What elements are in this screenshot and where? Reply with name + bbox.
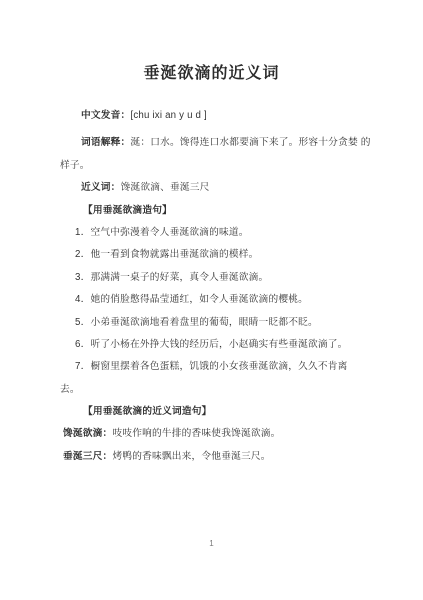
line-synonyms: 近义词：馋涎欲滴、垂涎三尺 [60, 177, 365, 199]
sentence-7-continuation: 去。 [60, 379, 365, 401]
line-pronunciation: 中文发音：[chu ixi an y u d ] [60, 105, 365, 127]
synonym-2-value: 烤鸭的香味飘出来，令他垂涎三尺。 [112, 451, 270, 462]
page-number: 1 [0, 539, 423, 548]
synonyms-label: 近义词： [81, 182, 121, 193]
sentence-3: 3．那满满一桌子的好菜，真令人垂涎欲滴。 [60, 267, 365, 289]
sentence-5: 5．小弟垂涎欲滴地看着盘里的葡萄，眼睛一眨都不眨。 [60, 312, 365, 334]
document-title: 垂涎欲滴的近义词 [0, 60, 423, 83]
section-header-sentences: 【用垂涎欲滴造句】 [60, 200, 365, 222]
sentence-7: 7．橱窗里摆着各色蛋糕，饥饿的小女孩垂涎欲滴，久久不肯离 [60, 356, 365, 378]
line-definition: 词语解释：涎：口水。馋得连口水都要滴下来了。形容十分贪婪 的 [60, 132, 365, 154]
synonym-sentence-1: 馋涎欲滴：吱吱作响的牛排的香味使我馋涎欲滴。 [60, 423, 365, 445]
synonym-1-value: 吱吱作响的牛排的香味使我馋涎欲滴。 [112, 428, 280, 439]
pronunciation-value: [chu ixi an y u d ] [130, 110, 207, 121]
definition-value: 涎：口水。馋得连口水都要滴下来了。形容十分贪婪 的 [130, 137, 370, 148]
synonym-2-label: 垂涎三尺： [63, 451, 112, 462]
line-definition-continuation: 样子。 [60, 155, 365, 177]
synonym-sentence-2: 垂涎三尺：烤鸭的香味飘出来，令他垂涎三尺。 [60, 446, 365, 468]
synonym-1-label: 馋涎欲滴： [63, 428, 112, 439]
synonyms-value: 馋涎欲滴、垂涎三尺 [121, 182, 210, 193]
document-body: 中文发音：[chu ixi an y u d ] 词语解释：涎：口水。馋得连口水… [60, 105, 365, 468]
document-page: 垂涎欲滴的近义词 中文发音：[chu ixi an y u d ] 词语解释：涎… [0, 0, 423, 600]
sentence-4: 4．她的俏脸憋得晶莹通红，如令人垂涎欲滴的樱桃。 [60, 289, 365, 311]
definition-label: 词语解释： [81, 137, 130, 148]
sentence-1: 1．空气中弥漫着令人垂涎欲滴的味道。 [60, 222, 365, 244]
sentence-2: 2．他一看到食物就露出垂涎欲滴的模样。 [60, 244, 365, 266]
section-header-synonym-sentences: 【用垂涎欲滴的近义词造句】 [60, 401, 365, 423]
sentence-6: 6．听了小杨在外挣大钱的经历后，小赵确实有些垂涎欲滴了。 [60, 334, 365, 356]
pronunciation-label: 中文发音： [81, 110, 130, 121]
